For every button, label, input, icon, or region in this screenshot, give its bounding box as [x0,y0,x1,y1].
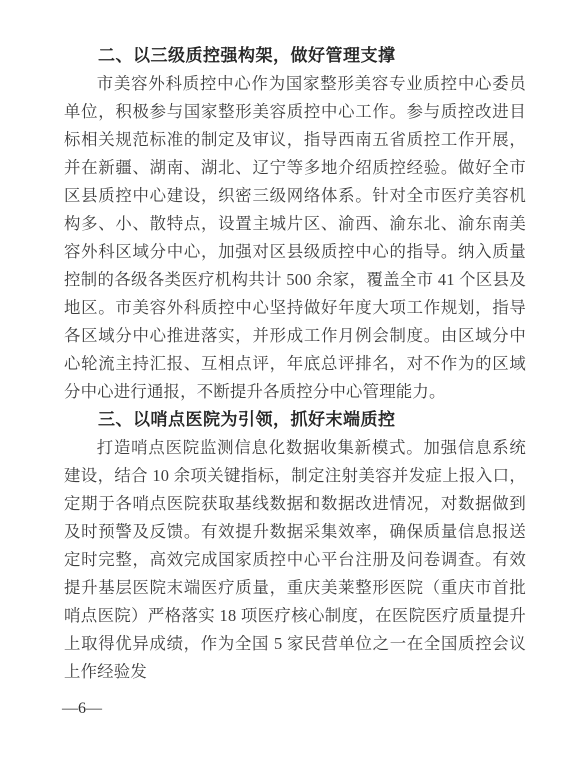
section-paragraph-3: 打造哨点医院监测信息化数据收集新模式。加强信息系统建设，结合 10 余项关键指标… [64,434,526,686]
section-paragraph-2: 市美容外科质控中心作为国家整形美容专业质控中心委员单位，积极参与国家整形美容质控… [64,70,526,406]
section-heading-2: 二、以三级质控强构架，做好管理支撑 [64,42,526,70]
document-page: 二、以三级质控强构架，做好管理支撑 市美容外科质控中心作为国家整形美容专业质控中… [0,0,588,766]
document-body: 二、以三级质控强构架，做好管理支撑 市美容外科质控中心作为国家整形美容专业质控中… [64,42,526,686]
page-number: —6— [62,698,102,720]
section-heading-3: 三、以哨点医院为引领，抓好末端质控 [64,406,526,434]
